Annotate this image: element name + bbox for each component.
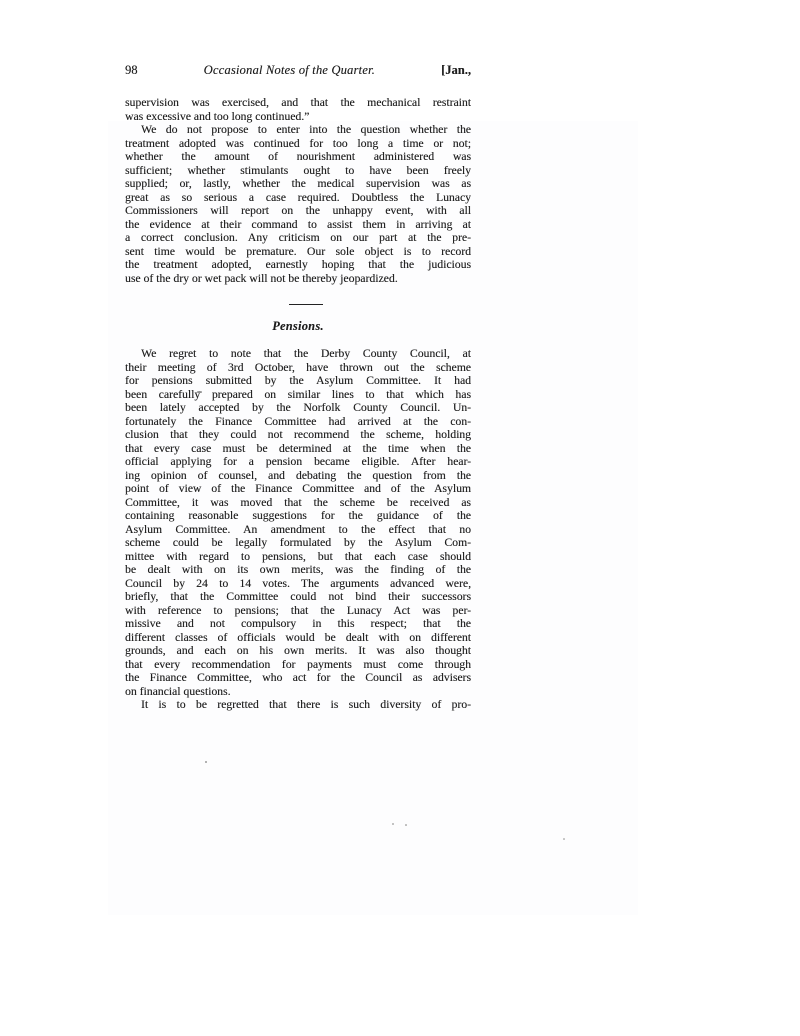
- text-line: briefly, that the Committee could not bi…: [125, 590, 471, 604]
- text-line: the Finance Committee, who act for the C…: [125, 671, 471, 685]
- text-line: It is to be regretted that there is such…: [125, 698, 471, 712]
- text-line: been carefully prepared on similar lines…: [125, 388, 471, 402]
- paragraph: It is to be regretted that there is such…: [125, 698, 471, 712]
- text-line: with reference to pensions; that the Lun…: [125, 604, 471, 618]
- scan-speck: [205, 761, 207, 763]
- scan-speck: [392, 823, 394, 825]
- text-line: sufficient; whether stimulants ought to …: [125, 164, 471, 178]
- text-column: 98 Occasional Notes of the Quarter. [Jan…: [125, 63, 471, 712]
- paragraph: supervision was exercised, and that the …: [125, 96, 471, 123]
- text-line: Committee, it was moved that the scheme …: [125, 496, 471, 510]
- scan-speck: [563, 838, 565, 840]
- text-line: official applying for a pension became e…: [125, 455, 471, 469]
- text-line: point of view of the Finance Committee a…: [125, 482, 471, 496]
- text-line: the evidence at their command to assist …: [125, 218, 471, 232]
- issue-label: [Jan.,: [441, 63, 471, 78]
- text-line: be dealt with on its own merits, was the…: [125, 563, 471, 577]
- text-line: We do not propose to enter into the ques…: [125, 123, 471, 137]
- text-line: the treatment adopted, earnestly hoping …: [125, 258, 471, 272]
- page-number: 98: [125, 63, 138, 78]
- text-line: that every case must be determined at th…: [125, 442, 471, 456]
- text-line: scheme could be legally formulated by th…: [125, 536, 471, 550]
- text-line: treatment adopted was continued for too …: [125, 137, 471, 151]
- scanned-document-viewport: { "scan": { "page_background": "#fdfdfe"…: [0, 0, 800, 1036]
- text-line: containing reasonable suggestions for th…: [125, 509, 471, 523]
- scan-speck: [405, 824, 407, 826]
- text-line: sent time would be premature. Our sole o…: [125, 245, 471, 259]
- text-line: their meeting of 3rd October, have throw…: [125, 361, 471, 375]
- scan-speck: [197, 391, 202, 393]
- text-line: use of the dry or wet pack will not be t…: [125, 272, 471, 286]
- text-line: that every recommendation for payments m…: [125, 658, 471, 672]
- text-line: great as so serious a case required. Dou…: [125, 191, 471, 205]
- running-header: 98 Occasional Notes of the Quarter. [Jan…: [125, 63, 471, 78]
- section-heading: Pensions.: [125, 319, 471, 334]
- text-line: whether the amount of nourishment admini…: [125, 150, 471, 164]
- text-line: on financial questions.: [125, 685, 471, 699]
- text-line: supervision was exercised, and that the …: [125, 96, 471, 110]
- text-line: supplied; or, lastly, whether the medica…: [125, 177, 471, 191]
- article-body: supervision was exercised, and that the …: [125, 96, 471, 712]
- text-line: ing opinion of counsel, and debating the…: [125, 469, 471, 483]
- text-line: Asylum Committee. An amendment to the ef…: [125, 523, 471, 537]
- text-line: Commissioners will report on the unhappy…: [125, 204, 471, 218]
- text-line: mittee with regard to pensions, but that…: [125, 550, 471, 564]
- text-line: clusion that they could not recommend th…: [125, 428, 471, 442]
- text-line: different classes of officials would be …: [125, 631, 471, 645]
- text-line: a correct conclusion. Any criticism on o…: [125, 231, 471, 245]
- text-line: Council by 24 to 14 votes. The arguments…: [125, 577, 471, 591]
- text-line: We regret to note that the Derby County …: [125, 347, 471, 361]
- text-line: grounds, and each on his own merits. It …: [125, 644, 471, 658]
- paragraph: We regret to note that the Derby County …: [125, 347, 471, 698]
- running-title: Occasional Notes of the Quarter.: [204, 63, 375, 78]
- text-line: missive and not compulsory in this respe…: [125, 617, 471, 631]
- section-divider: [289, 304, 323, 305]
- text-line: fortunately the Finance Committee had ar…: [125, 415, 471, 429]
- text-line: been lately accepted by the Norfolk Coun…: [125, 401, 471, 415]
- text-line: for pensions submitted by the Asylum Com…: [125, 374, 471, 388]
- text-line: was excessive and too long continued.”: [125, 110, 471, 124]
- paragraph: We do not propose to enter into the ques…: [125, 123, 471, 285]
